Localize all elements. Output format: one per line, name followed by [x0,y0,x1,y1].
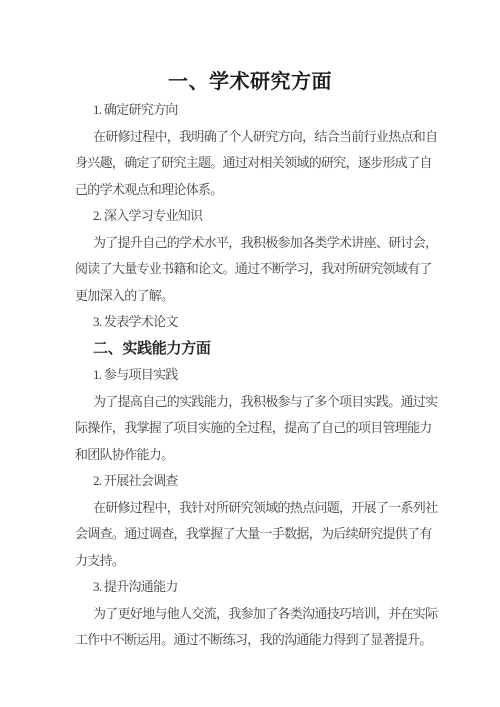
paragraph-line: 阅读了大量专业书籍和论文。通过不断学习，我对所研究领域有了 [75,256,425,283]
paragraph-first-line: 在研修过程中，我明确了个人研究方向，结合当前行业热点和自 [75,124,425,151]
heading-number: 3. 发表学术论文 [75,309,425,336]
paragraph-line: 和团队协作能力。 [75,442,425,469]
paragraph-line: 工作中不断运用。通过不断练习，我的沟通能力得到了显著提升。 [75,627,425,654]
paragraph-line: 际操作，我掌握了项目实施的全过程，提高了自己的项目管理能力 [75,415,425,442]
paragraph-line: 力支持。 [75,548,425,575]
paragraph-first-line: 在研修过程中，我针对所研究领域的热点问题，开展了一系列社 [75,495,425,522]
heading-number: 2. 开展社会调查 [75,468,425,495]
heading-number: 2. 深入学习专业知识 [75,203,425,230]
paragraph-line: 身兴趣，确定了研究主题。通过对相关领域的研究，逐步形成了自 [75,150,425,177]
section-heading: 二、实践能力方面 [75,336,425,363]
paragraph-first-line: 为了更好地与他人交流，我参加了各类沟通技巧培训，并在实际 [75,601,425,628]
document-page: 一、学术研究方面 1. 确定研究方向在研修过程中，我明确了个人研究方向，结合当前… [0,0,500,707]
paragraph-line: 己的学术观点和理论体系。 [75,177,425,204]
heading-number: 3. 提升沟通能力 [75,574,425,601]
heading-number: 1. 参与项目实践 [75,362,425,389]
paragraph-line: 更加深入的了解。 [75,283,425,310]
paragraph-first-line: 为了提高自己的实践能力，我积极参与了多个项目实践。通过实 [75,389,425,416]
paragraph-line: 会调查。通过调查，我掌握了大量一手数据，为后续研究提供了有 [75,521,425,548]
paragraph-first-line: 为了提升自己的学术水平，我积极参加各类学术讲座、研讨会， [75,230,425,257]
document-body: 1. 确定研究方向在研修过程中，我明确了个人研究方向，结合当前行业热点和自身兴趣… [75,97,425,654]
document-title: 一、学术研究方面 [75,68,425,97]
heading-number: 1. 确定研究方向 [75,97,425,124]
